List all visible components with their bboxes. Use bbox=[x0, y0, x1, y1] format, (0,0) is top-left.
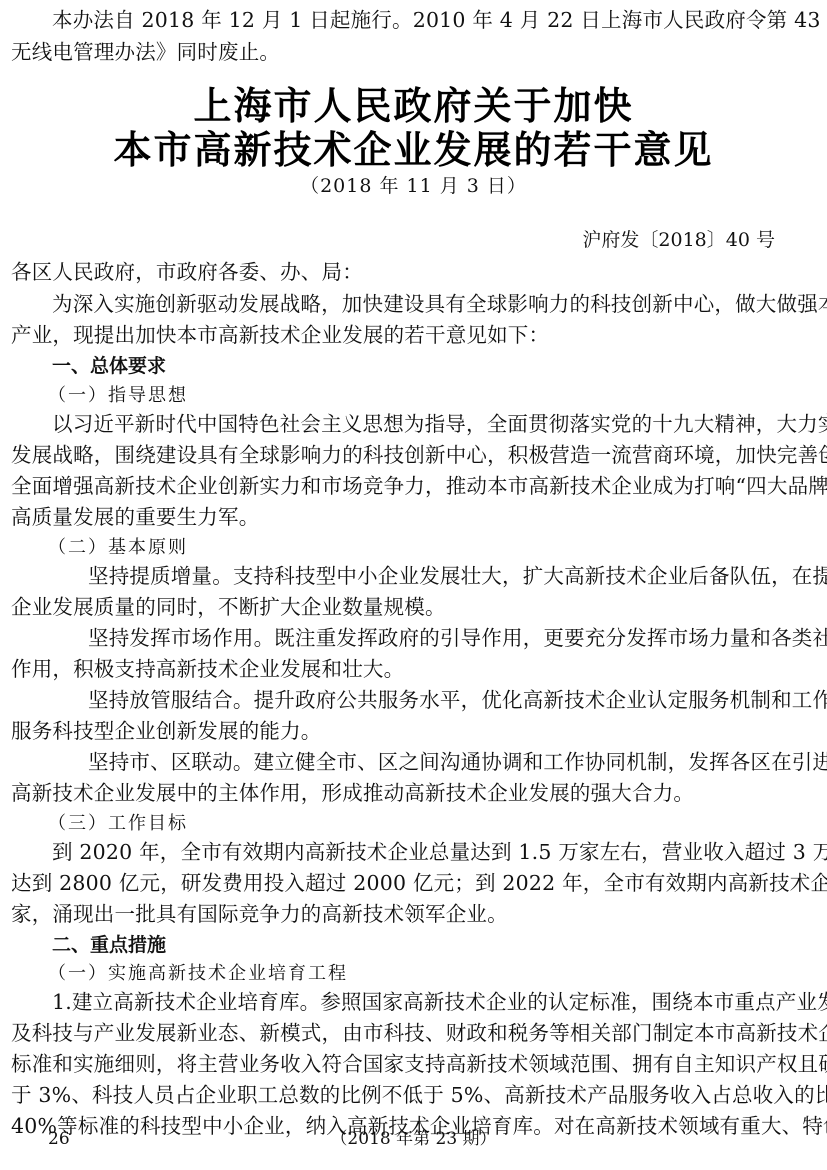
paragraph-line: 及科技与产业发展新业态、新模式，由市科技、财政和税务等相关部门制定本市高新技术企… bbox=[11, 1021, 817, 1045]
paragraph-line: 作用，积极支持高新技术企业发展和壮大。 bbox=[11, 657, 817, 681]
intro-line: 产业，现提出加快本市高新技术企业发展的若干意见如下： bbox=[11, 323, 817, 347]
paragraph-line: 高质量发展的重要生力军。 bbox=[11, 505, 817, 529]
preface-line: 无线电管理办法》同时废止。 bbox=[11, 40, 817, 64]
paragraph-line: 1.建立高新技术企业培育库。参照国家高新技术企业的认定标准，围绕本市重点产业发展… bbox=[52, 990, 817, 1014]
subsection-heading: （三）工作目标 bbox=[48, 812, 188, 836]
document-title-line2: 本市高新技术企业发展的若干意见 bbox=[0, 128, 827, 172]
document-date: （2018 年 11 月 3 日） bbox=[0, 174, 827, 198]
document-page: 本办法自 2018 年 12 月 1 日起施行。2010 年 4 月 22 日上… bbox=[0, 0, 827, 1170]
paragraph-line: 以习近平新时代中国特色社会主义思想为指导，全面贯彻落实党的十九大精神，大力实施创… bbox=[52, 412, 817, 436]
paragraph-line: 到 2020 年，全市有效期内高新技术企业总量达到 1.5 万家左右，营业收入超… bbox=[52, 840, 817, 864]
paragraph-line: 全面增强高新技术企业创新实力和市场竞争力，推动本市高新技术企业成为打响“四大品牌… bbox=[11, 474, 817, 498]
paragraph-line: 达到 2800 亿元，研发费用投入超过 2000 亿元；到 2022 年，全市有… bbox=[11, 871, 817, 895]
document-title-line1: 上海市人民政府关于加快 bbox=[0, 84, 827, 128]
preface-line: 本办法自 2018 年 12 月 1 日起施行。2010 年 4 月 22 日上… bbox=[52, 8, 817, 32]
paragraph-line: 于 3%、科技人员占企业职工总数的比例不低于 5%、高新技术产品服务收入占总收入… bbox=[11, 1083, 817, 1107]
paragraph-line: 企业发展质量的同时，不断扩大企业数量规模。 bbox=[11, 595, 817, 619]
subsection-heading: （一）实施高新技术企业培育工程 bbox=[48, 962, 348, 986]
paragraph-line: 坚持发挥市场作用。既注重发挥政府的引导作用，更要充分发挥市场力量和各类社会主体的 bbox=[88, 626, 817, 650]
salutation: 各区人民政府，市政府各委、办、局： bbox=[11, 260, 817, 284]
section-heading: 二、重点措施 bbox=[52, 933, 166, 957]
paragraph-line: 标准和实施细则，将主营业务收入符合国家支持高新技术领域范围、拥有自主知识产权且研… bbox=[11, 1052, 817, 1076]
paragraph-line: 发展战略，围绕建设具有全球影响力的科技创新中心，积极营造一流营商环境，加快完善创… bbox=[11, 443, 817, 467]
paragraph-line: 坚持提质增量。支持科技型中小企业发展壮大，扩大高新技术企业后备队伍，在提升高新技… bbox=[88, 564, 817, 588]
document-number: 沪府发〔2018〕40 号 bbox=[582, 228, 775, 252]
paragraph-line: 服务科技型企业创新发展的能力。 bbox=[11, 719, 817, 743]
subsection-heading: （一）指导思想 bbox=[48, 384, 188, 408]
issue-label: （2018 年第 23 期） bbox=[0, 1128, 827, 1150]
section-heading: 一、总体要求 bbox=[52, 354, 166, 378]
paragraph-line: 高新技术企业发展中的主体作用，形成推动高新技术企业发展的强大合力。 bbox=[11, 781, 817, 805]
intro-line: 为深入实施创新驱动发展战略，加快建设具有全球影响力的科技创新中心，做大做强本市高… bbox=[52, 292, 817, 316]
paragraph-line: 家，涌现出一批具有国际竞争力的高新技术领军企业。 bbox=[11, 902, 817, 926]
paragraph-line: 坚持市、区联动。建立健全市、区之间沟通协调和工作协同机制，发挥各区在引进、培育和… bbox=[88, 750, 817, 774]
subsection-heading: （二）基本原则 bbox=[48, 536, 188, 560]
paragraph-line: 坚持放管服结合。提升政府公共服务水平，优化高新技术企业认定服务机制和工作流程，提… bbox=[88, 688, 817, 712]
